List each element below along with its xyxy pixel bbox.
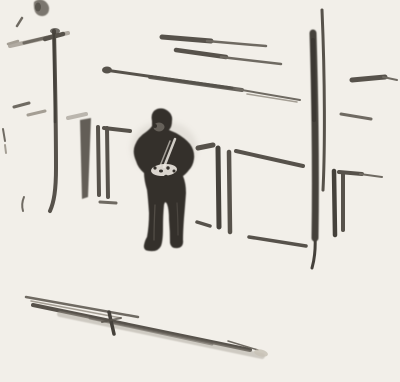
- bench-left-dash: [198, 145, 213, 148]
- paper-background: [0, 0, 400, 382]
- figure-waist-speck-1: [153, 166, 156, 169]
- pillar-core: [313, 40, 314, 120]
- sketch-canvas: [0, 0, 400, 382]
- figure-waist-speck-5: [164, 175, 168, 178]
- side-post-dash: [339, 172, 362, 174]
- bench-post-2: [229, 152, 230, 232]
- figure-waist-speck-3: [166, 166, 169, 169]
- figure-face-dot: [153, 124, 157, 128]
- figure-waist-speck-4: [173, 170, 176, 173]
- sketch-stage: [0, 0, 400, 382]
- side-post-1: [334, 171, 335, 235]
- sign-pole-core: [54, 34, 55, 122]
- wall-dash-1: [352, 77, 385, 80]
- bench-post-1: [218, 148, 219, 227]
- sign-pole-knob: [50, 28, 60, 34]
- sign-cap-shadow: [35, 3, 41, 12]
- figure-waist-speck-2: [159, 170, 163, 173]
- left-post-hook: [107, 128, 108, 197]
- edge-tick-2: [5, 145, 6, 153]
- left-post-mid: [98, 127, 99, 195]
- left-post-foot-dash: [100, 202, 116, 203]
